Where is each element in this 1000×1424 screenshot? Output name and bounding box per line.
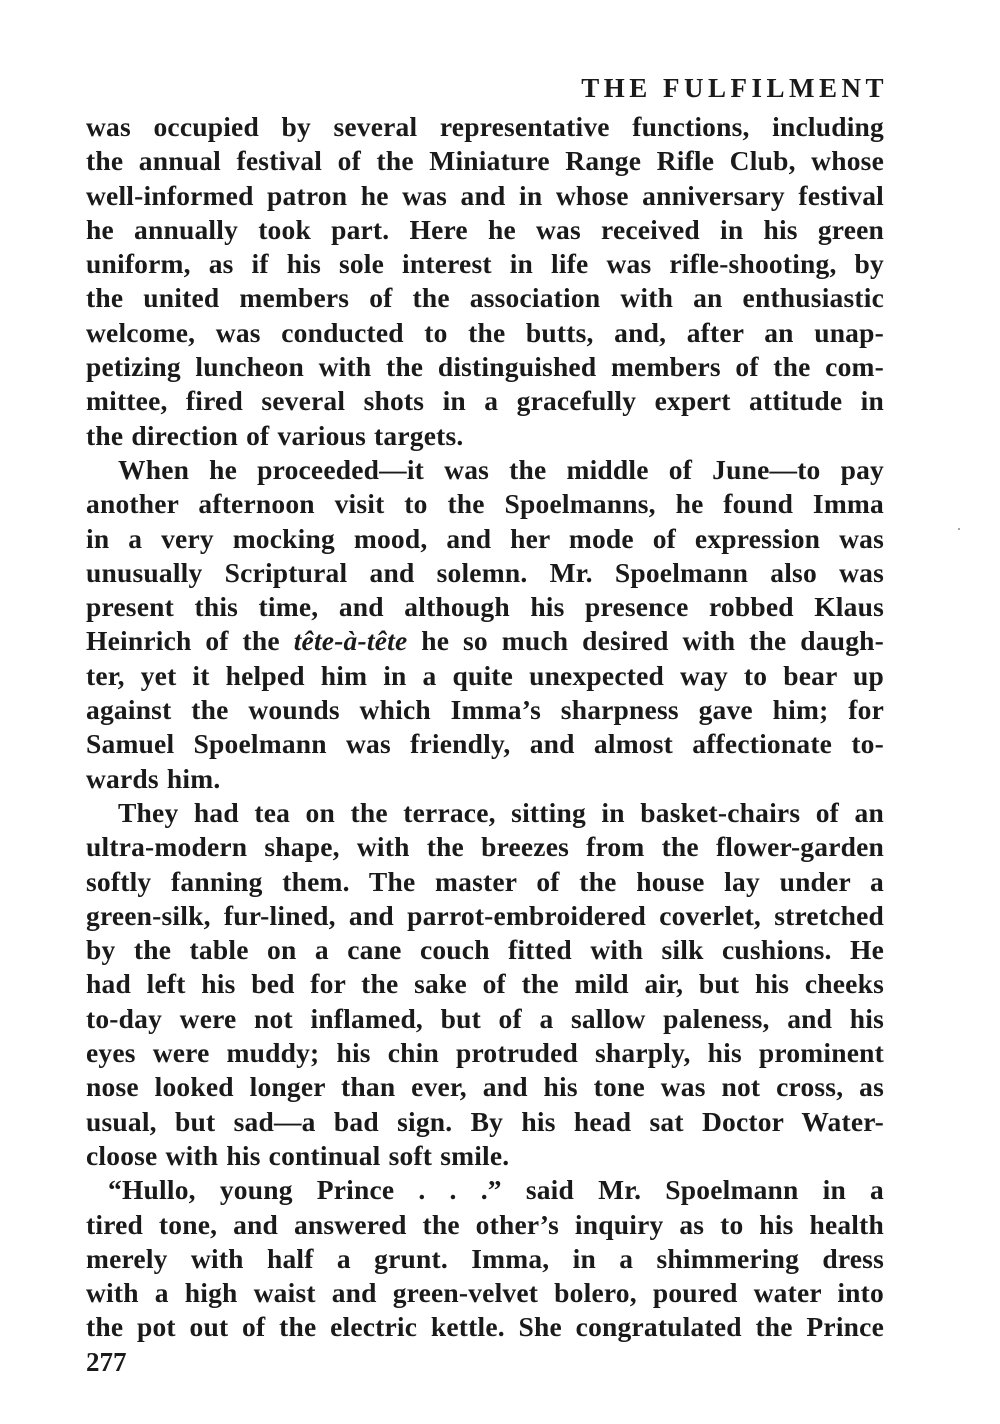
body-text: was occupied by several representative f… [86,110,884,1345]
text-line: uniform, as if his sole interest in life… [86,247,884,281]
text-line: nose looked longer than ever, and his to… [86,1070,884,1104]
text-line: merely with half a grunt. Imma, in a shi… [86,1242,884,1276]
text-line: the united members of the association wi… [86,281,884,315]
text-line: the direction of various targets. [86,419,884,453]
text-line: by the table on a cane couch fitted with… [86,933,884,967]
text-line: green-silk, fur-lined, and parrot-embroi… [86,899,884,933]
text-line: mittee, fired several shots in a gracefu… [86,384,884,418]
text-line: When he proceeded—it was the middle of J… [86,453,884,487]
text-line: against the wounds which Imma’s sharpnes… [86,693,884,727]
scan-speck [958,528,960,530]
text-line: welcome, was conducted to the butts, and… [86,316,884,350]
text-line: Samuel Spoelmann was friendly, and almos… [86,727,884,761]
text-line: another afternoon visit to the Spoelmann… [86,487,884,521]
text-line: They had tea on the terrace, sitting in … [86,796,884,830]
text-segment: Heinrich of the [86,625,294,656]
text-line-with-italic: Heinrich of the tête-à-tête he so much d… [86,624,884,658]
text-line: ter, yet it helped him in a quite unexpe… [86,659,884,693]
text-line: with a high waist and green-velvet boler… [86,1276,884,1310]
text-line: tired tone, and answered the other’s inq… [86,1208,884,1242]
text-line: the pot out of the electric kettle. She … [86,1310,884,1344]
paragraph-2: When he proceeded—it was the middle of J… [86,453,884,796]
text-line: petizing luncheon with the distinguished… [86,350,884,384]
text-line: in a very mocking mood, and her mode of … [86,522,884,556]
text-line: cloose with his continual soft smile. [86,1139,884,1173]
text-line: “Hullo, young Prince . . .” said Mr. Spo… [86,1173,884,1207]
text-line: present this time, and although his pres… [86,590,884,624]
text-line: the annual festival of the Miniature Ran… [86,144,884,178]
text-line: unusually Scriptural and solemn. Mr. Spo… [86,556,884,590]
paragraph-4: “Hullo, young Prince . . .” said Mr. Spo… [86,1173,884,1344]
running-head: THE FULFILMENT [86,70,888,110]
text-line: well-informed patron he was and in whose… [86,179,884,213]
text-line: ultra-modern shape, with the breezes fro… [86,830,884,864]
text-line: usual, but sad—a bad sign. By his head s… [86,1105,884,1139]
text-line: softly fanning them. The master of the h… [86,865,884,899]
text-line: wards him. [86,762,884,796]
text-line: eyes were muddy; his chin protruded shar… [86,1036,884,1070]
page-number: 277 [86,1345,884,1379]
text-line: to-day were not inflamed, but of a sallo… [86,1002,884,1036]
book-page: THE FULFILMENT was occupied by several r… [86,70,884,1379]
italic-phrase: tête-à-tête [294,625,408,656]
text-line: had left his bed for the sake of the mil… [86,967,884,1001]
paragraph-1: was occupied by several representative f… [86,110,884,453]
paragraph-3: They had tea on the terrace, sitting in … [86,796,884,1173]
text-line: he annually took part. Here he was recei… [86,213,884,247]
text-line: was occupied by several representative f… [86,110,884,144]
text-segment: he so much desired with the daugh- [407,625,884,656]
